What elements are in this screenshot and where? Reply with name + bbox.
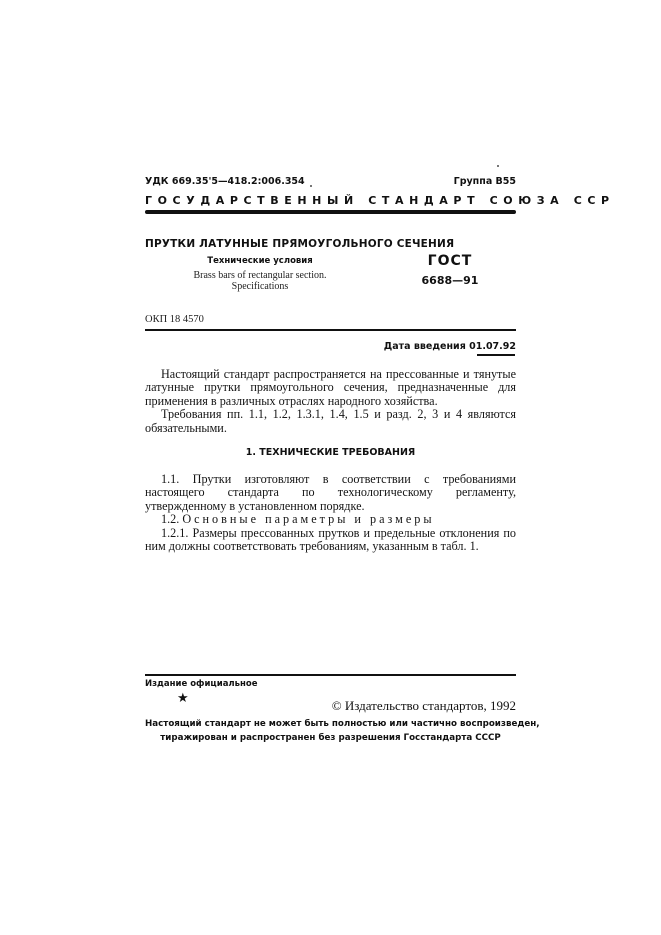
- date-underline: [477, 354, 515, 356]
- reproduction-notice-line2: тиражирован и распространен без разрешен…: [145, 733, 516, 743]
- intro-text: Настоящий стандарт распространяется на п…: [145, 368, 516, 435]
- english-title: Brass bars of rectangular section. Speci…: [145, 270, 375, 292]
- okp-rule: [145, 329, 516, 331]
- official-edition-label: Издание официальное: [145, 679, 258, 689]
- english-title-line1: Brass bars of rectangular section.: [145, 270, 375, 281]
- clause-1-2: 1.2. Основные параметры и размеры: [145, 513, 516, 526]
- clause-1-1: 1.1. Прутки изготовляют в соответствии с…: [145, 473, 516, 513]
- udk-code: УДК 669.35'5—418.2:006.354: [145, 176, 305, 187]
- date-of-introduction: Дата введения 01.07.92: [384, 341, 516, 352]
- okp-code: ОКП 18 4570: [145, 314, 204, 325]
- star-icon: ★: [177, 690, 189, 706]
- section-1-text: 1.1. Прутки изготовляют в соответствии с…: [145, 473, 516, 553]
- english-title-line2: Specifications: [145, 281, 375, 292]
- header-rule: [145, 210, 516, 214]
- scan-speck: [497, 165, 499, 167]
- gost-number: 6688—91: [410, 274, 490, 287]
- clause-1-2-number: 1.2.: [161, 512, 179, 526]
- date-value: 01.07.92: [469, 341, 516, 352]
- state-standard-title: ГОСУДАРСТВЕННЫЙ СТАНДАРТ СОЮЗА ССР: [145, 194, 515, 207]
- clause-1-2-1: 1.2.1. Размеры прессованных прутков и пр…: [145, 527, 516, 554]
- document-subtitle: Технические условия: [145, 256, 375, 266]
- intro-paragraph-1: Настоящий стандарт распространяется на п…: [145, 368, 516, 408]
- footer-rule: [145, 674, 516, 676]
- copyright-notice: © Издательство стандартов, 1992: [332, 698, 516, 714]
- section-heading: 1. ТЕХНИЧЕСКИЕ ТРЕБОВАНИЯ: [145, 447, 516, 458]
- scan-speck: [310, 185, 312, 187]
- document-title: ПРУТКИ ЛАТУННЫЕ ПРЯМОУГОЛЬНОГО СЕЧЕНИЯ: [145, 238, 454, 250]
- gost-label: ГОСТ: [410, 253, 490, 269]
- date-label: Дата введения: [384, 341, 466, 352]
- reproduction-notice-line1: Настоящий стандарт не может быть полност…: [145, 719, 516, 729]
- group-code: Группа В55: [454, 176, 516, 187]
- intro-paragraph-2: Требования пп. 1.1, 1.2, 1.3.1, 1.4, 1.5…: [145, 408, 516, 435]
- clause-1-2-title: Основные параметры и размеры: [182, 512, 434, 526]
